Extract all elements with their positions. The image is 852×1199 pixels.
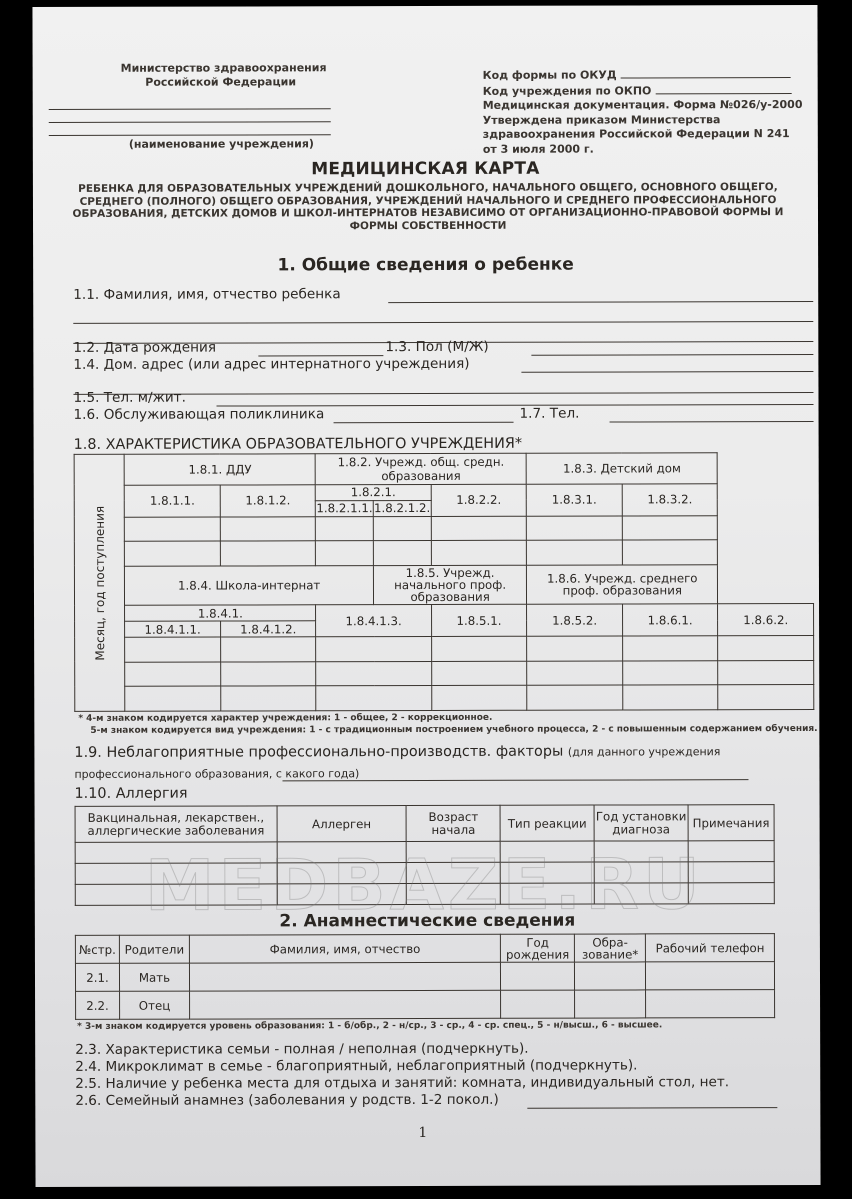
sex-label: 1.3. Пол (М/Ж) (385, 339, 488, 355)
cell[interactable] (277, 884, 407, 905)
col-1841: 1.8.4.1. (125, 605, 316, 621)
study-place-line[interactable]: 2.5. Наличие у ребенка места для отдыха … (75, 1074, 729, 1092)
cell[interactable] (622, 661, 718, 686)
cell[interactable] (594, 883, 688, 904)
page-number: 1 (418, 1125, 427, 1141)
allergy-header-diagnosis-year: Год установки диагноза (594, 805, 688, 841)
allergy-header-disease: Вакцинальная, лекарствен., аллергические… (75, 806, 277, 843)
form-number: Медицинская документация. Форма №026/у-2… (483, 98, 803, 113)
institution-name-line-2[interactable] (49, 121, 331, 123)
institution-name-line-3[interactable] (49, 134, 331, 136)
boarding-school-header: 1.8.4. Школа-интернат (125, 566, 374, 606)
row-number: 2.1. (75, 963, 119, 991)
table-row: 2.1. Мать (75, 962, 774, 992)
col-1832: 1.8.3.2. (622, 484, 718, 516)
cell[interactable] (688, 862, 774, 883)
cell[interactable] (407, 883, 501, 904)
admission-date-column: Месяц, год поступления (74, 454, 125, 711)
family-history-field[interactable] (527, 1107, 777, 1109)
footnote-institution-type: * 4-м знаком кодируется характер учрежде… (78, 713, 492, 724)
cell[interactable] (431, 637, 527, 662)
general-school-header: 1.8.2. Учрежд. общ. средн. образования (316, 453, 527, 484)
child-name-field[interactable] (388, 301, 813, 303)
approval-line-3: от 3 июля 2000 г. (483, 142, 803, 157)
institution-name-line-1[interactable] (49, 108, 331, 110)
clinic-label: 1.6. Обслуживающая поликлиника (74, 406, 325, 423)
col-1812: 1.8.1.2. (220, 485, 316, 517)
allergy-header-notes: Примечания (688, 805, 774, 841)
cell[interactable] (125, 662, 221, 687)
allergy-header-reaction-type: Тип реакции (500, 805, 594, 841)
cell[interactable] (500, 883, 594, 904)
allergy-header-allergen: Аллерген (277, 806, 407, 842)
cell[interactable] (431, 541, 527, 566)
col-18412: 1.8.4.1.2. (220, 621, 316, 637)
institution-caption: (наименование учреждения) (129, 137, 314, 150)
father-phone-cell[interactable] (646, 990, 775, 1018)
parents-header-education: Обра-зование* (575, 934, 646, 962)
father-birth-year-cell[interactable] (501, 990, 575, 1018)
cell[interactable] (407, 841, 501, 862)
col-18413: 1.8.4.1.3. (316, 605, 431, 637)
cell[interactable] (527, 540, 623, 565)
father-education-cell[interactable] (575, 990, 646, 1018)
father-name-cell[interactable] (189, 990, 500, 1019)
home-address-field[interactable] (521, 371, 813, 373)
cell[interactable] (623, 685, 719, 710)
approval-line-1: Утверждена приказом Министерства (483, 113, 803, 128)
child-name-field-line-2[interactable] (73, 321, 813, 324)
cell[interactable] (316, 637, 431, 662)
col-1831: 1.8.3.1. (526, 484, 622, 516)
cell[interactable] (500, 862, 594, 883)
cell[interactable] (220, 637, 316, 662)
okpo-field[interactable] (655, 83, 791, 94)
parent-role: Отец (120, 991, 190, 1019)
document-page: Министерство здравоохранения Российской … (32, 5, 820, 1187)
cell[interactable] (373, 516, 431, 541)
birth-date-label: 1.2. Дата рождения (73, 340, 216, 356)
cell[interactable] (316, 686, 431, 711)
cell[interactable] (718, 685, 814, 710)
col-1862: 1.8.6.2. (718, 604, 814, 636)
cell[interactable] (622, 540, 718, 565)
cell[interactable] (500, 841, 594, 862)
family-history-label: 2.6. Семейный анамнез (заболевания у род… (75, 1092, 498, 1109)
cell[interactable] (688, 841, 774, 862)
cell[interactable] (316, 661, 431, 686)
cell[interactable] (277, 863, 407, 884)
family-type-line[interactable]: 2.3. Характеристика семьи - полная / неп… (75, 1041, 528, 1058)
cell[interactable] (431, 661, 527, 686)
okud-field[interactable] (620, 67, 790, 78)
section-1-heading: 1. Общие сведения о ребенке (33, 254, 818, 276)
mother-education-cell[interactable] (575, 962, 646, 990)
col-18212: 1.8.2.1.2. (373, 500, 431, 516)
okpo-label: Код учреждения по ОКПО (483, 84, 652, 97)
allergy-table: Вакцинальная, лекарствен., аллергические… (75, 804, 775, 906)
cell[interactable] (221, 686, 317, 711)
parents-header-parents: Родители (119, 935, 189, 963)
cell[interactable] (527, 661, 623, 686)
col-1861: 1.8.6.1. (622, 604, 718, 636)
col-1821: 1.8.2.1. (316, 484, 431, 500)
cell[interactable] (125, 541, 221, 566)
cell[interactable] (125, 637, 221, 662)
parents-header-work-phone: Рабочий телефон (646, 934, 775, 962)
cell[interactable] (527, 516, 623, 541)
cell[interactable] (718, 636, 814, 661)
ministry-line-2: Российской Федерации (121, 75, 321, 90)
admission-date-label: Месяц, год поступления (92, 505, 106, 660)
footnote-education-level: * 3-м знаком кодируется уровень образова… (77, 1020, 662, 1032)
parents-header-birth-year: Год рождения (501, 934, 575, 962)
cell[interactable] (407, 862, 501, 883)
document-subtitle: РЕБЕНКА ДЛЯ ОБРАЗОВАТЕЛЬНЫХ УЧРЕЖДЕНИЙ Д… (53, 181, 803, 233)
ddu-header: 1.8.1. ДДУ (124, 454, 315, 485)
occupational-factors-field[interactable] (282, 779, 748, 781)
phone-label: 1.5. Тел. м/жит. (73, 390, 185, 406)
parents-header-row-no: №стр. (75, 935, 119, 963)
secondary-prof-header: 1.8.6. Учрежд. среднего проф. образовани… (527, 565, 718, 605)
cell[interactable] (125, 686, 221, 711)
clinic-field[interactable] (334, 422, 514, 423)
cell[interactable] (220, 541, 316, 566)
col-18411: 1.8.4.1.1. (125, 621, 221, 637)
occupational-factors-continuation: профессионального образования, с какого … (74, 767, 359, 781)
row-number: 2.2. (76, 991, 120, 1019)
institution-characteristics-heading: 1.8. ХАРАКТЕРИСТИКА ОБРАЗОВАТЕЛЬНОГО УЧР… (74, 436, 523, 453)
ministry-name: Министерство здравоохранения Российской … (121, 61, 321, 90)
occupational-factors-label: 1.9. Неблагоприятные профессионально-про… (74, 743, 720, 761)
cell[interactable] (527, 685, 623, 710)
cell[interactable] (316, 541, 374, 566)
primary-prof-header: 1.8.5. Учрежд. начального проф. образова… (373, 565, 526, 605)
form-codes-block: Код формы по ОКУД Код учреждения по ОКПО… (483, 67, 803, 157)
table-row: 2.2. Отец (76, 990, 775, 1020)
approval-line-2: здравоохранения Российской Федерации N 2… (483, 127, 803, 142)
mother-name-cell[interactable] (189, 962, 500, 991)
cell[interactable] (373, 541, 431, 566)
parents-table: №стр. Родители Фамилия, имя, отчество Го… (75, 933, 775, 1020)
clinic-phone-label: 1.7. Тел. (520, 406, 580, 422)
cell[interactable] (277, 842, 407, 863)
cell[interactable] (527, 636, 623, 661)
okud-label: Код формы по ОКУД (483, 69, 617, 82)
cell[interactable] (594, 841, 688, 862)
institution-table: Месяц, год поступления 1.8.1. ДДУ 1.8.2.… (74, 452, 815, 712)
cell[interactable] (431, 686, 527, 711)
col-1822: 1.8.2.2. (431, 484, 527, 516)
mother-birth-year-cell[interactable] (501, 962, 575, 990)
family-climate-line[interactable]: 2.4. Микроклимат в семье - благоприятный… (75, 1057, 637, 1074)
cell[interactable] (316, 517, 374, 542)
child-name-label: 1.1. Фамилия, имя, отчество ребенка (73, 286, 341, 303)
section-2-heading: 2. Анамнестические сведения (35, 910, 820, 932)
col-1811: 1.8.1.1. (125, 485, 221, 517)
cell[interactable] (125, 517, 221, 542)
cell[interactable] (221, 662, 317, 687)
cell[interactable] (431, 516, 527, 541)
col-1852: 1.8.5.2. (527, 604, 623, 636)
cell[interactable] (220, 517, 316, 542)
parents-header-fullname: Фамилия, имя, отчество (189, 934, 500, 963)
occupational-factors-main: 1.9. Неблагоприятные профессионально-про… (74, 744, 563, 761)
document-title: МЕДИЦИНСКАЯ КАРТА (33, 158, 818, 180)
cell[interactable] (718, 660, 814, 685)
col-1851: 1.8.5.1. (431, 605, 527, 637)
cell[interactable] (75, 884, 277, 906)
cell[interactable] (594, 862, 688, 883)
allergy-header-onset-age: Возраст начала (406, 805, 500, 841)
sex-field[interactable] (531, 354, 813, 356)
mother-phone-cell[interactable] (646, 962, 775, 990)
cell[interactable] (688, 883, 774, 904)
footnote-institution-kind: 5-м знаком кодируется вид учреждения: 1 … (90, 724, 817, 736)
clinic-phone-field[interactable] (610, 421, 814, 423)
allergy-heading: 1.10. Аллергия (74, 786, 187, 802)
orphanage-header: 1.8.3. Детский дом (526, 453, 717, 484)
col-18211: 1.8.2.1.1. (316, 501, 374, 517)
home-address-label: 1.4. Дом. адрес (или адрес интернатного … (73, 356, 469, 373)
parent-role: Мать (119, 963, 189, 991)
cell[interactable] (622, 516, 718, 541)
cell[interactable] (75, 842, 277, 864)
ministry-line-1: Министерство здравоохранения (121, 61, 321, 76)
cell[interactable] (75, 863, 277, 885)
cell[interactable] (622, 636, 718, 661)
occupational-factors-note: (для данного учреждения (568, 745, 721, 758)
